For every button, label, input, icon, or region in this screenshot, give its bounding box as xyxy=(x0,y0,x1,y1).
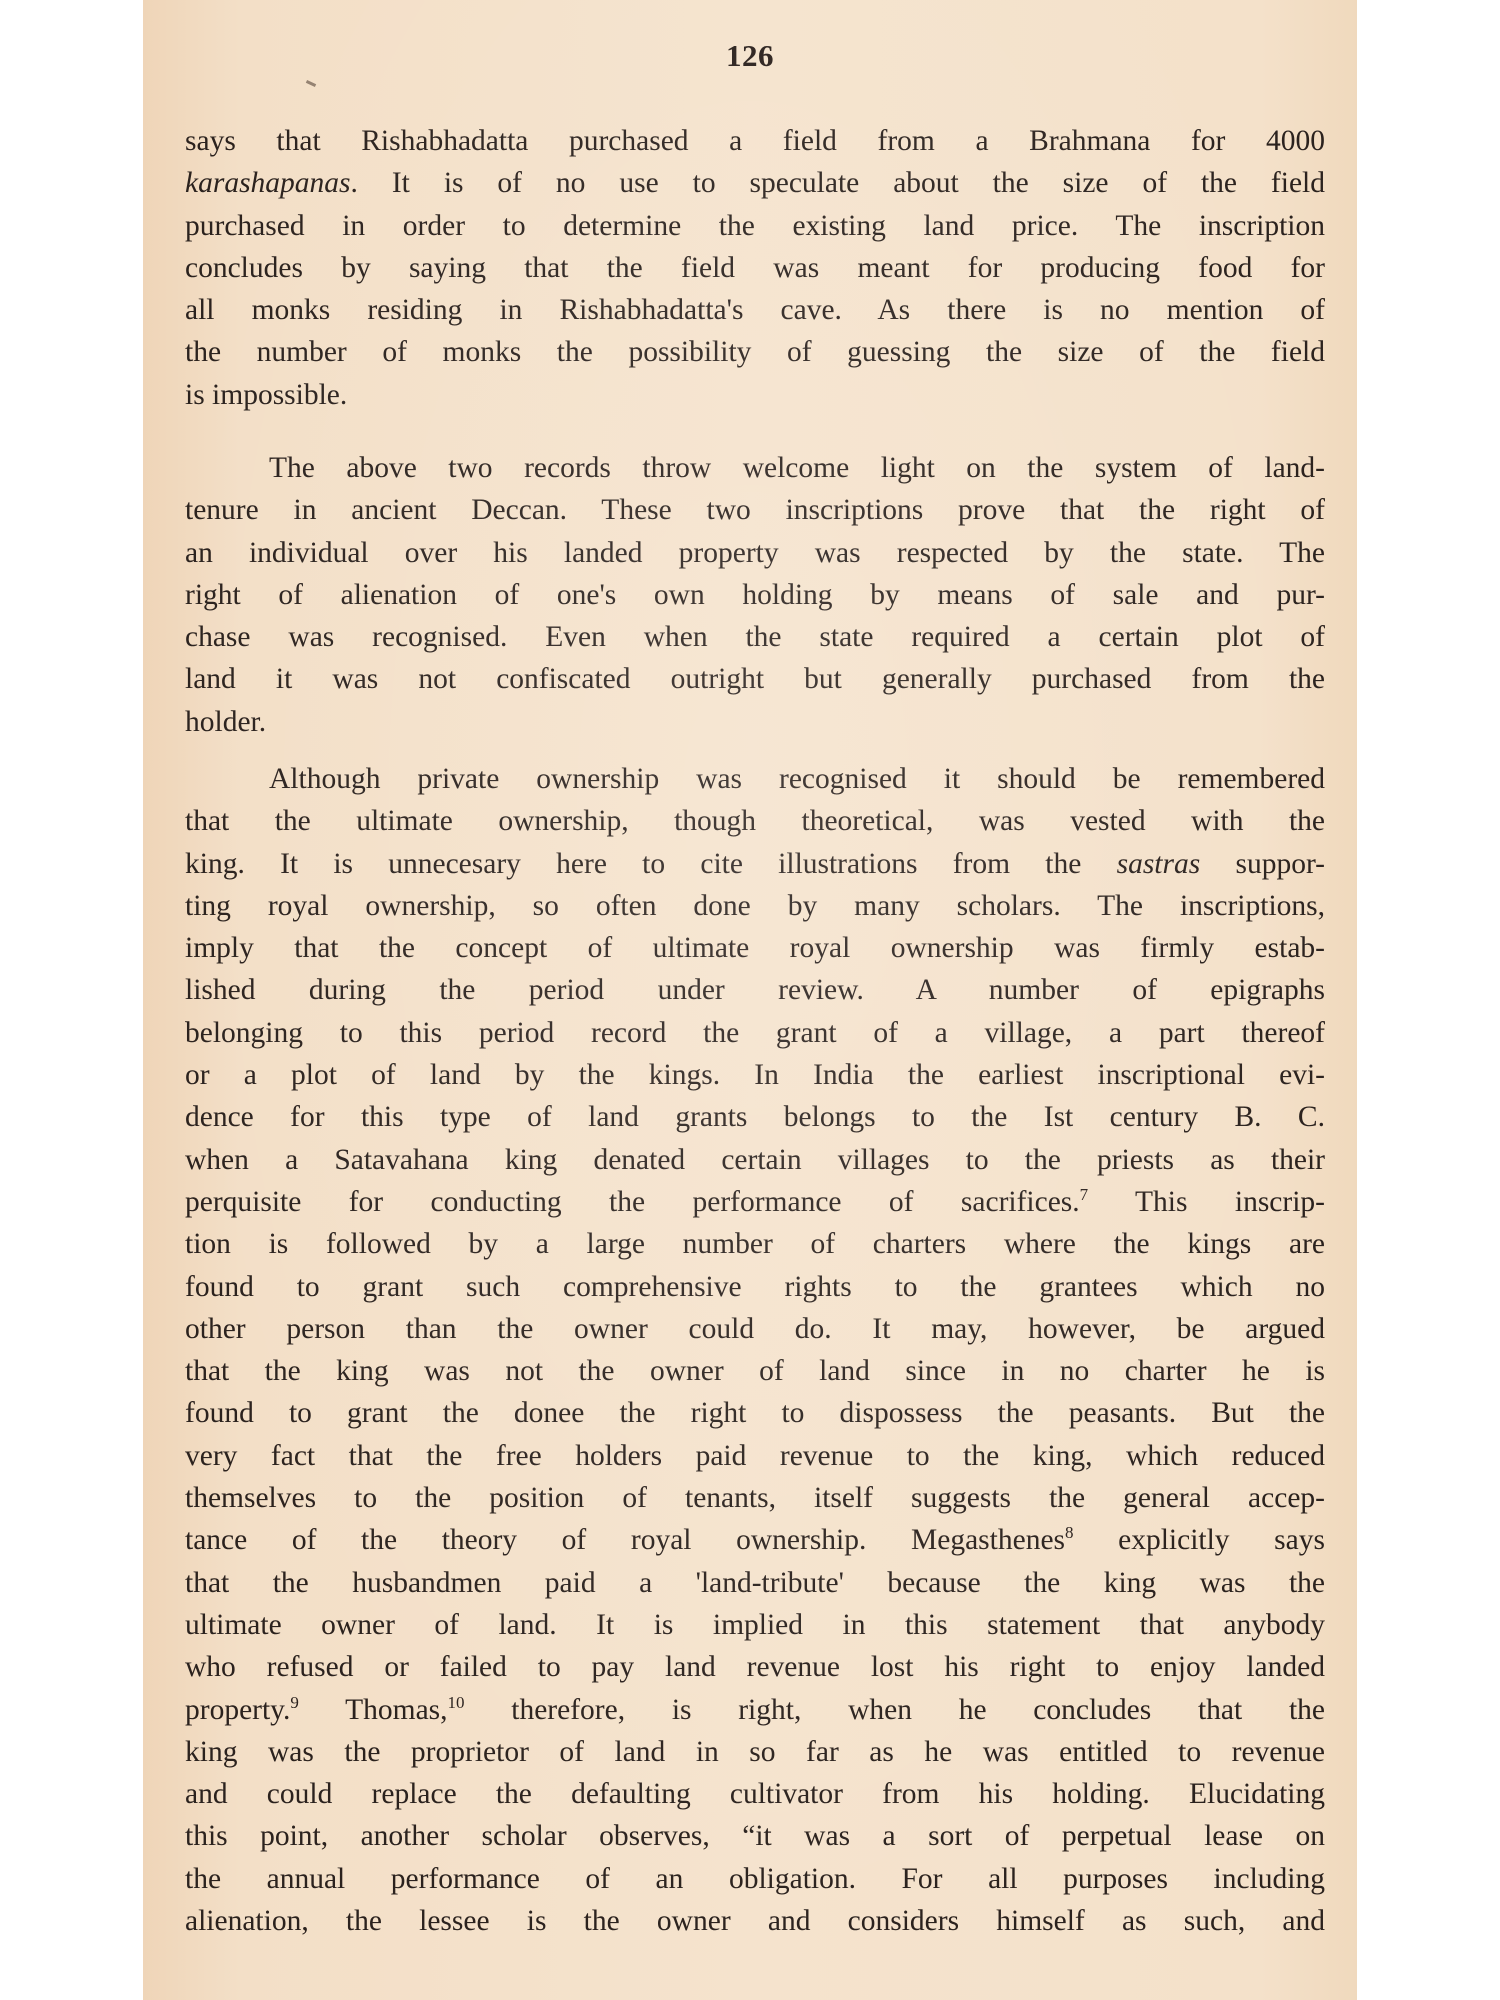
italic-term: karashapanas xyxy=(185,167,351,199)
text-line: themselves to the position of tenants, i… xyxy=(185,1477,1325,1519)
text-line: found to grant such comprehensive rights… xyxy=(185,1266,1325,1308)
text-line: purchased in order to determine the exis… xyxy=(185,205,1325,247)
text-line: the number of monks the possibility of g… xyxy=(185,331,1325,373)
text-line: all monks residing in Rishabhadatta's ca… xyxy=(185,289,1325,331)
footnote-ref: 8 xyxy=(1065,1524,1074,1543)
paragraph-2: The above two records throw welcome ligh… xyxy=(185,447,1325,743)
text-line: lished during the period under review. A… xyxy=(185,969,1325,1011)
text-line: Although private ownership was recognise… xyxy=(185,758,1325,800)
text-line: alienation, the lessee is the owner and … xyxy=(185,1900,1325,1942)
text-line: belonging to this period record the gran… xyxy=(185,1012,1325,1054)
footnote-ref: 7 xyxy=(1080,1185,1089,1204)
text-line: this point, another scholar observes, “i… xyxy=(185,1815,1325,1857)
footnote-ref: 10 xyxy=(448,1693,465,1712)
page-number: 126 xyxy=(143,38,1357,74)
text-line: ultimate owner of land. It is implied in… xyxy=(185,1604,1325,1646)
text-line: the annual performance of an obligation.… xyxy=(185,1858,1325,1900)
text-line: other person than the owner could do. It… xyxy=(185,1308,1325,1350)
text-line: perquisite for conducting the performanc… xyxy=(185,1181,1325,1223)
text-line: that the husbandmen paid a 'land-tribute… xyxy=(185,1562,1325,1604)
text-line: dence for this type of land grants belon… xyxy=(185,1096,1325,1138)
text-line: is impossible. xyxy=(185,374,1325,416)
italic-term: sastras xyxy=(1117,848,1201,880)
text-line: imply that the concept of ultimate royal… xyxy=(185,927,1325,969)
paragraph-3: Although private ownership was recognise… xyxy=(185,758,1325,1942)
stray-ink-mark xyxy=(306,80,316,87)
text-line: right of alienation of one's own holding… xyxy=(185,574,1325,616)
text-line: concludes by saying that the field was m… xyxy=(185,247,1325,289)
book-page: 126 says that Rishabhadatta purchased a … xyxy=(143,0,1357,2000)
text-line: that the king was not the owner of land … xyxy=(185,1350,1325,1392)
text-line: property.9 Thomas,10 therefore, is right… xyxy=(185,1689,1325,1731)
text-line: karashapanas. It is of no use to specula… xyxy=(185,162,1325,204)
text-line: ting royal ownership, so often done by m… xyxy=(185,885,1325,927)
text-line: who refused or failed to pay land revenu… xyxy=(185,1646,1325,1688)
text-line: The above two records throw welcome ligh… xyxy=(185,447,1325,489)
text-line: when a Satavahana king denated certain v… xyxy=(185,1139,1325,1181)
text-line: very fact that the free holders paid rev… xyxy=(185,1435,1325,1477)
text-line: an individual over his landed property w… xyxy=(185,532,1325,574)
text-line: found to grant the donee the right to di… xyxy=(185,1392,1325,1434)
text-line: or a plot of land by the kings. In India… xyxy=(185,1054,1325,1096)
text-line: says that Rishabhadatta purchased a fiel… xyxy=(185,120,1325,162)
text-line: and could replace the defaulting cultiva… xyxy=(185,1773,1325,1815)
text-line: tenure in ancient Deccan. These two insc… xyxy=(185,489,1325,531)
text-line: land it was not confiscated outright but… xyxy=(185,658,1325,700)
footnote-ref: 9 xyxy=(290,1693,299,1712)
text-line: tion is followed by a large number of ch… xyxy=(185,1223,1325,1265)
text-line: holder. xyxy=(185,701,1325,743)
paragraph-1: says that Rishabhadatta purchased a fiel… xyxy=(185,120,1325,416)
text-line: king was the proprietor of land in so fa… xyxy=(185,1731,1325,1773)
text-line: king. It is unnecesary here to cite illu… xyxy=(185,843,1325,885)
text-line: tance of the theory of royal ownership. … xyxy=(185,1519,1325,1561)
text-line: chase was recognised. Even when the stat… xyxy=(185,616,1325,658)
text-line: that the ultimate ownership, though theo… xyxy=(185,800,1325,842)
